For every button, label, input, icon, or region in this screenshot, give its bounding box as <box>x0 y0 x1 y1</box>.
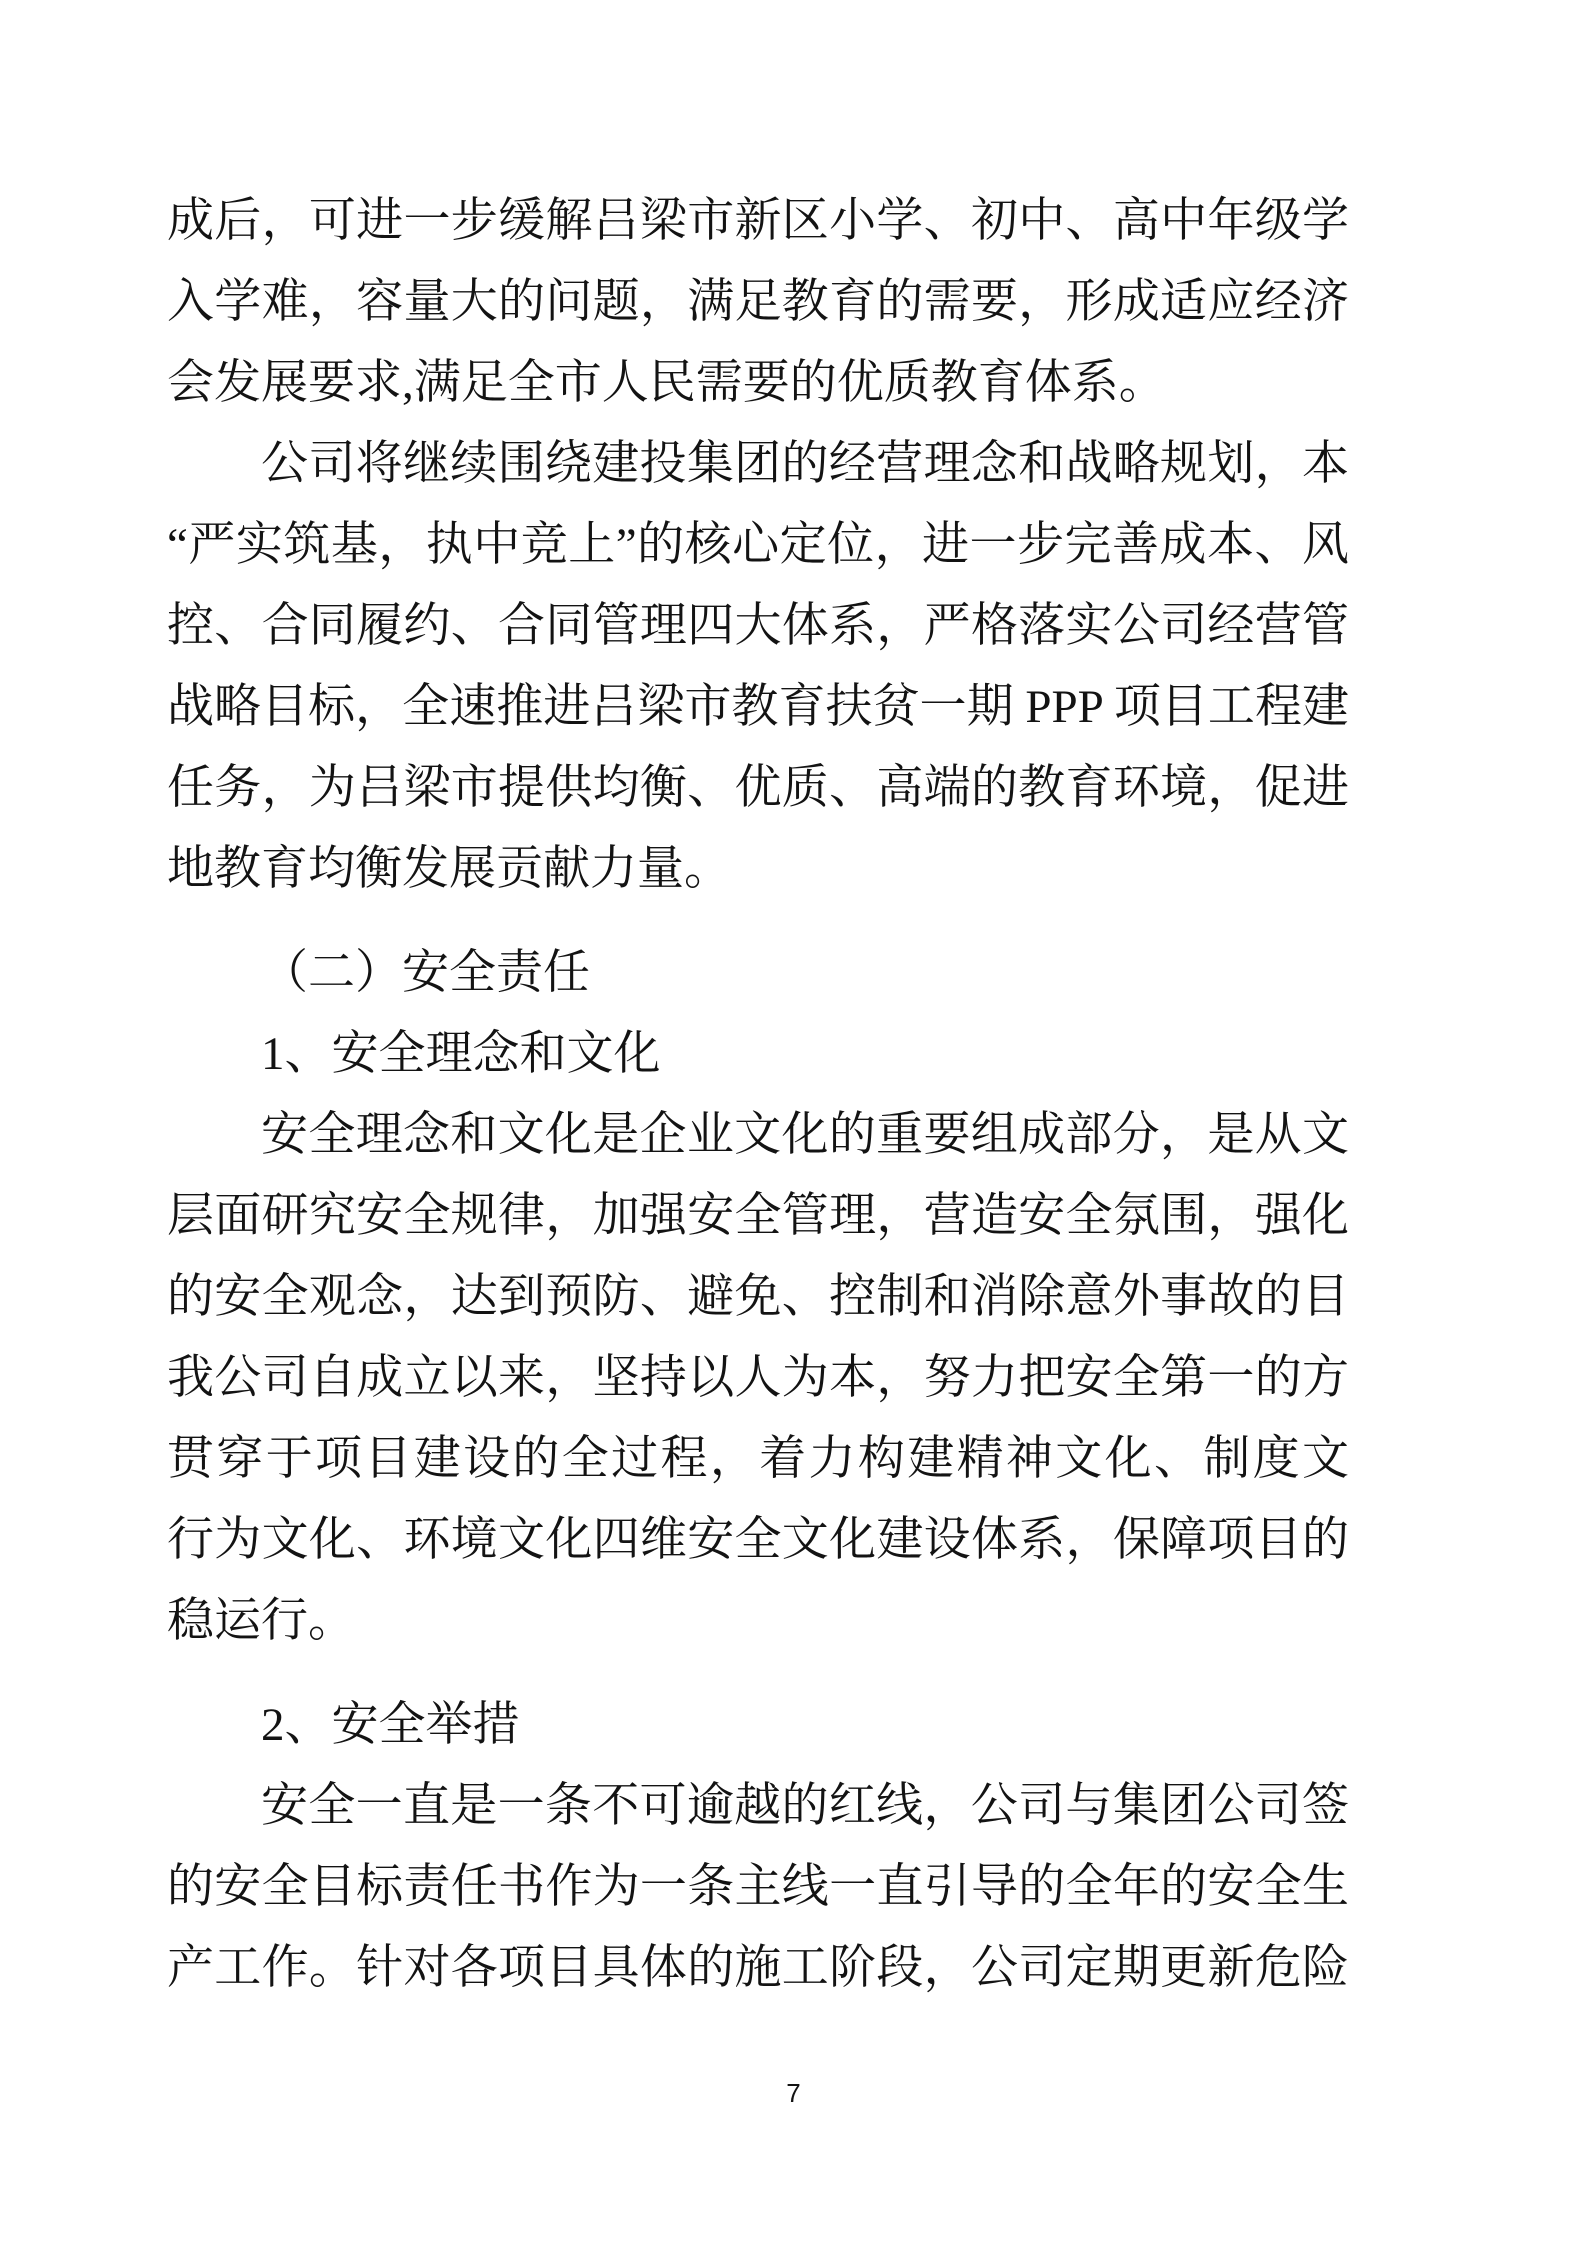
section-heading: （二）安全责任 <box>167 933 1349 1014</box>
text-line: 入学难，容量大的问题，满足教育的需要，形成适应经济社 <box>167 262 1349 343</box>
text-line: 控、合同履约、合同管理四大体系，严格落实公司经营管理 <box>167 586 1349 667</box>
text-line: 我公司自成立以来，坚持以人为本，努力把安全第一的方针 <box>167 1338 1349 1419</box>
text-line: 任务，为吕梁市提供均衡、优质、高端的教育环境，促进当 <box>167 748 1349 829</box>
text-line: 产工作。针对各项目具体的施工阶段，公司定期更新危险源 <box>167 1928 1349 2009</box>
text-line: 成后，可进一步缓解吕梁市新区小学、初中、高中年级学生 <box>167 181 1349 262</box>
text-line: “严实筑基，执中竞上”的核心定位，进一步完善成本、风 <box>167 505 1349 586</box>
subsection-heading-1: 1、安全理念和文化 <box>167 1014 1349 1095</box>
text-line: 会发展要求,满足全市人民需要的优质教育体系。 <box>167 343 1349 424</box>
page-number: 7 <box>786 2078 800 2108</box>
document-page: 成后，可进一步缓解吕梁市新区小学、初中、高中年级学生 入学难，容量大的问题，满足… <box>0 0 1587 2245</box>
subsection-heading-2: 2、安全举措 <box>167 1685 1349 1766</box>
text-line: 稳运行。 <box>167 1581 1349 1662</box>
text-line: 贯穿于项目建设的全过程，着力构建精神文化、制度文化、 <box>167 1419 1349 1500</box>
text-line: 安全一直是一条不可逾越的红线，公司与集团公司签订 <box>167 1766 1349 1847</box>
text-block: 成后，可进一步缓解吕梁市新区小学、初中、高中年级学生 入学难，容量大的问题，满足… <box>167 181 1349 2009</box>
text-line: 的安全观念，达到预防、避免、控制和消除意外事故的目的。 <box>167 1257 1349 1338</box>
text-line: 层面研究安全规律，加强安全管理，营造安全氛围，强化人 <box>167 1176 1349 1257</box>
text-line: 安全理念和文化是企业文化的重要组成部分，是从文化 <box>167 1095 1349 1176</box>
text-line: 战略目标，全速推进吕梁市教育扶贫一期 PPP 项目工程建设 <box>167 667 1349 748</box>
text-line: 的安全目标责任书作为一条主线一直引导的全年的安全生 <box>167 1847 1349 1928</box>
page-footer: 7 <box>0 2078 1587 2118</box>
text-line: 公司将继续围绕建投集团的经营理念和战略规划，本着 <box>167 424 1349 505</box>
text-line: 地教育均衡发展贡献力量。 <box>167 829 1349 910</box>
text-line: 行为文化、环境文化四维安全文化建设体系，保障项目的平 <box>167 1500 1349 1581</box>
